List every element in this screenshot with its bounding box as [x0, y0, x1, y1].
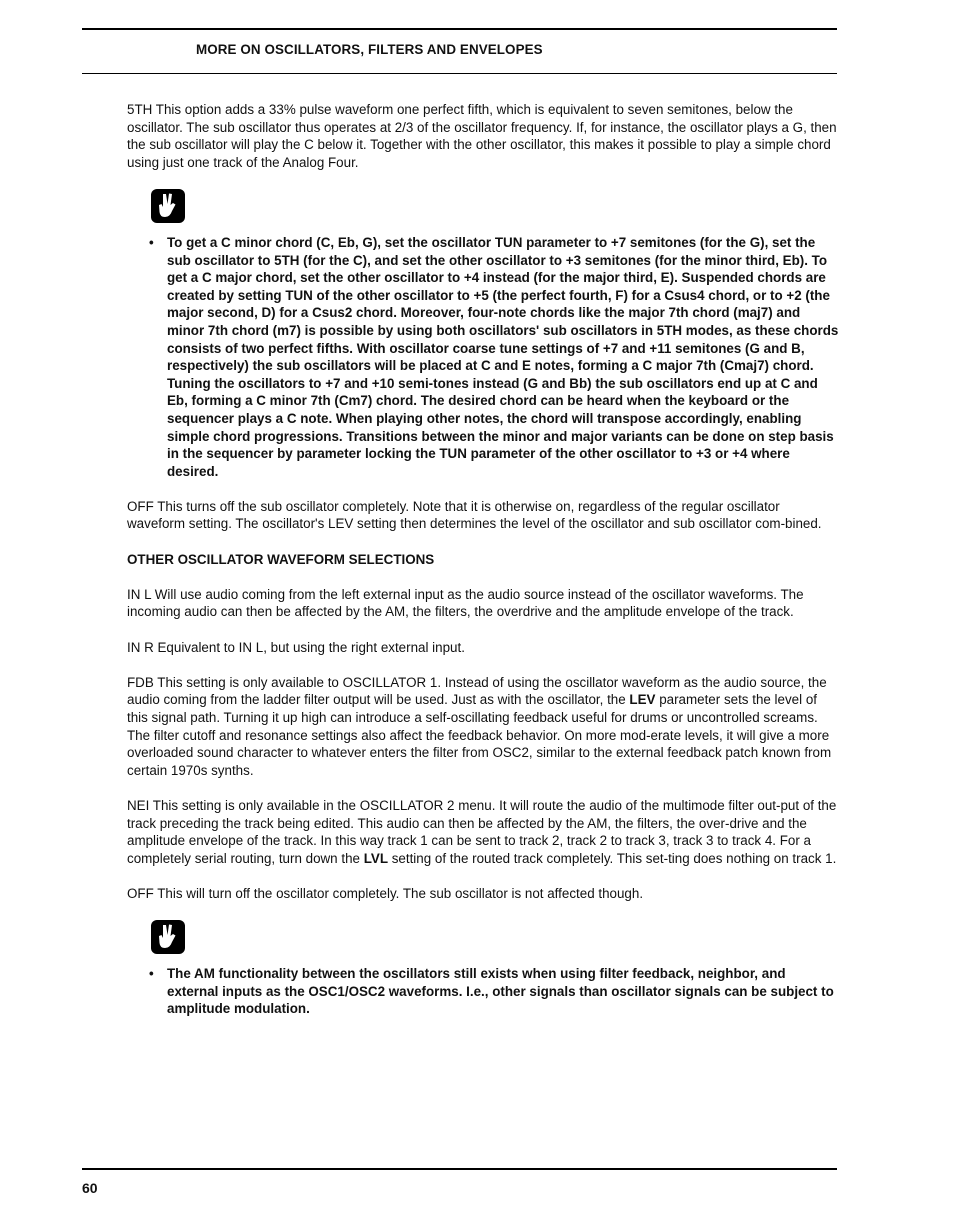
page-number: 60: [82, 1180, 98, 1196]
page-content: 5TH This option adds a 33% pulse wavefor…: [127, 101, 839, 1036]
tip-bullet-item: • The AM functionality between the oscil…: [149, 965, 839, 1018]
bullet-marker: •: [149, 965, 167, 1018]
hand-tip-icon: [151, 920, 185, 954]
paragraph-fdb: FDB This setting is only available to OS…: [127, 674, 839, 780]
paragraph-off-sub: OFF This turns off the sub oscillator co…: [127, 498, 839, 533]
footer-rule: [82, 1168, 837, 1170]
hand-tip-icon: [151, 189, 185, 223]
tip-text: To get a C minor chord (C, Eb, G), set t…: [167, 234, 839, 480]
fdb-keyword-lev: LEV: [629, 692, 655, 707]
section-heading: OTHER OSCILLATOR WAVEFORM SELECTIONS: [127, 551, 839, 569]
nei-text-after: setting of the routed track completely. …: [388, 851, 836, 866]
tip-note-chords: • To get a C minor chord (C, Eb, G), set…: [149, 189, 839, 480]
tip-text: The AM functionality between the oscilla…: [167, 965, 839, 1018]
bullet-marker: •: [149, 234, 167, 480]
paragraph-5th: 5TH This option adds a 33% pulse wavefor…: [127, 101, 839, 171]
tip-bullet-item: • To get a C minor chord (C, Eb, G), set…: [149, 234, 839, 480]
nei-keyword-lvl: LVL: [364, 851, 388, 866]
paragraph-nei: NEI This setting is only available in th…: [127, 797, 839, 867]
header-bottom-rule: [82, 73, 837, 74]
paragraph-in-l: IN L Will use audio coming from the left…: [127, 586, 839, 621]
running-header-title: MORE ON OSCILLATORS, FILTERS AND ENVELOP…: [196, 42, 543, 57]
paragraph-off-osc: OFF This will turn off the oscillator co…: [127, 885, 839, 903]
tip-note-am: • The AM functionality between the oscil…: [149, 920, 839, 1018]
header-top-rule: [82, 28, 837, 30]
paragraph-in-r: IN R Equivalent to IN L, but using the r…: [127, 639, 839, 657]
